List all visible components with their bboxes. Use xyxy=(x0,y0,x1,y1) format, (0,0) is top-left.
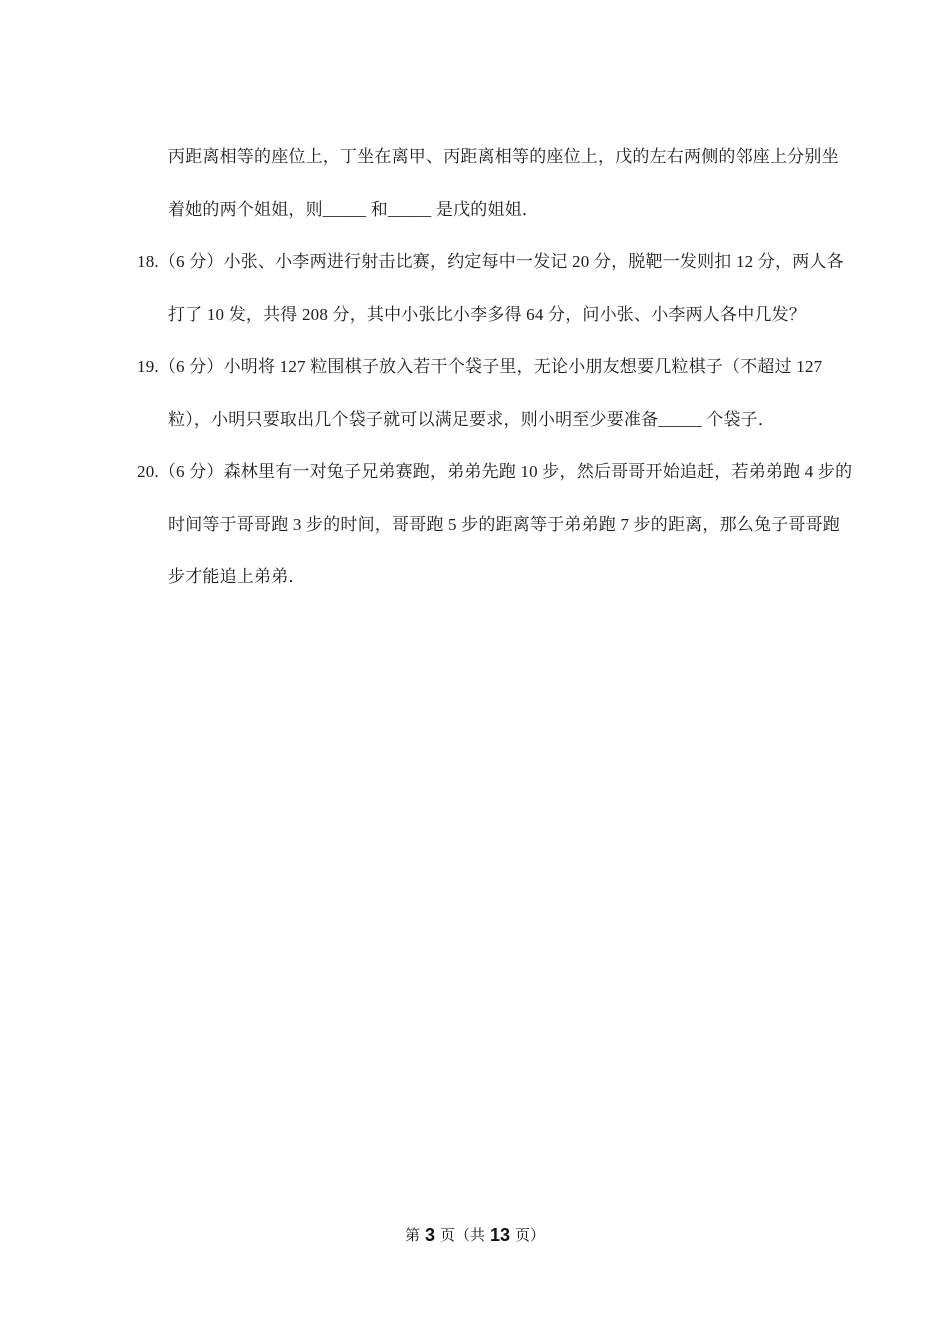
question-text-block: 丙距离相等的座位上，丁坐在离甲、丙距离相等的座位上，戊的左右两侧的邻座上分别坐 … xyxy=(0,122,950,612)
q17-continuation-line-2: 着她的两个姐姐，则_____ 和_____ 是戊的姐姐． xyxy=(168,192,950,228)
footer-page-number: 3 xyxy=(425,1225,435,1245)
footer-suffix-label: 页） xyxy=(515,1228,545,1244)
q18-line-2: 打了 10 发，共得 208 分，其中小张比小李多得 64 分，问小张、小李两人… xyxy=(168,297,950,333)
footer-middle-label: 页（共 xyxy=(440,1228,485,1244)
page-footer: 第3页（共13页） xyxy=(0,1224,950,1246)
q20-line-2: 时间等于哥哥跑 3 步的时间，哥哥跑 5 步的距离等于弟弟跑 7 步的距离，那么… xyxy=(168,507,950,543)
q20-line-1: 20.（6 分）森林里有一对兔子兄弟赛跑，弟弟先跑 10 步，然后哥哥开始追赶，… xyxy=(137,454,950,490)
q17-continuation-line-1: 丙距离相等的座位上，丁坐在离甲、丙距离相等的座位上，戊的左右两侧的邻座上分别坐 xyxy=(168,139,950,175)
exam-page: 丙距离相等的座位上，丁坐在离甲、丙距离相等的座位上，戊的左右两侧的邻座上分别坐 … xyxy=(0,0,950,1344)
footer-prefix-label: 第 xyxy=(405,1228,420,1244)
q20-line-3: 步才能追上弟弟． xyxy=(168,559,950,595)
footer-total-pages: 13 xyxy=(490,1225,510,1245)
q19-line-2: 粒），小明只要取出几个袋子就可以满足要求，则小明至少要准备_____ 个袋子． xyxy=(168,402,950,438)
q19-line-1: 19.（6 分）小明将 127 粒围棋子放入若干个袋子里，无论小朋友想要几粒棋子… xyxy=(137,349,950,385)
q18-line-1: 18.（6 分）小张、小李两进行射击比赛，约定每中一发记 20 分，脱靶一发则扣… xyxy=(137,244,950,280)
